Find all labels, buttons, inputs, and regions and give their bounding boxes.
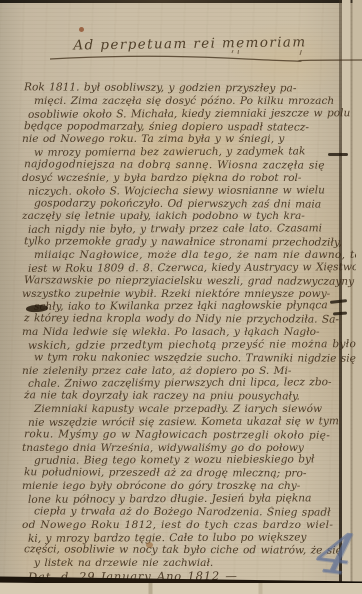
paper-stain-fleck	[79, 27, 84, 32]
manuscript-line: dosyć wcześnie, y była bardzo piękna do …	[22, 172, 356, 185]
manuscript-line: zaczęły się letnie upały, iakich podobno…	[22, 210, 356, 223]
manuscript-line: gospodarzy pokończyło. Od pierwszych zaś…	[22, 197, 356, 211]
manuscript-body: Rok 1811. był osobliwszy, y godzien przy…	[22, 82, 356, 583]
manuscript-line: niczych. około S. Wojciecha siewy wiosni…	[22, 184, 356, 199]
margin-ink-dash	[328, 153, 348, 156]
manuscript-line: miiaiąc Nagłowice, może dla tego, że nam…	[22, 249, 356, 262]
manuscript-line: od Nowego Roku 1812, iest do tych czas b…	[22, 519, 356, 532]
title-underline-flourish	[0, 50, 362, 72]
manuscript-line: Ziemniaki kapusty wcale przepadły. Z iar…	[22, 403, 356, 416]
manuscript-line: ma Nida ledwie się wlekła. Po lasach, y …	[22, 326, 356, 339]
manuscript-line: w tym roku nakoniec wszędzie sucho. Traw…	[22, 351, 356, 365]
manuscript-line: tylko przemokłe grady y nawałnice strona…	[22, 235, 356, 249]
manuscript-line: części, osobliwie w nocy tak było ciche …	[22, 544, 356, 558]
top-page-edge-shadow	[0, 0, 362, 3]
manuscript-line: mienie iego były obrócone do góry troszk…	[22, 480, 356, 493]
manuscript-line: Rok 1811. był osobliwszy, y godzien przy…	[22, 82, 356, 96]
manuscript-line: nie wszędzie wrócił się zasiew. Kometa u…	[22, 415, 356, 430]
manuscript-line: z którey iedna kropla wody do Nidy nie p…	[22, 312, 356, 326]
manuscript-line: najdogodniejsza na dobrą sannę. Wiosna z…	[22, 158, 356, 172]
manuscript-line: roku. Myśmy go w Nagłowicach postrzegli …	[22, 428, 356, 442]
manuscript-line: osobliwie około S. Michała, kiedy ziemni…	[22, 107, 356, 122]
manuscript-line: iest w Roku 1809 d. 8. Czerwca, kiedy Au…	[22, 261, 356, 276]
manuscript-line: ku południowi, przeszedł aż za drogę mle…	[22, 467, 356, 481]
underlying-page-strip	[0, 583, 362, 594]
paper-stain-fleck	[146, 542, 153, 548]
manuscript-line: będące popodmarzały, śnieg dopiero uspad…	[22, 120, 356, 134]
manuscript-line: Warszawskie po nieprzyiacielsku weszli, …	[22, 274, 356, 288]
manuscript-scan: Ad perpetuam rei memoriam Rok 1811. był …	[0, 0, 362, 594]
manuscript-line: nie od Nowego roku. Ta zima była y w śni…	[22, 133, 356, 146]
manuscript-line: mięci. Zima zaczęła się dosyć późno. Po …	[22, 95, 356, 108]
manuscript-line: ciepła y trwała aż do Bożego Narodzenia.…	[22, 505, 356, 519]
manuscript-line: wskich, gdzie przedtym piechotą przeyść …	[22, 338, 356, 353]
manuscript-line: ża nie tak doyrzały iak raczey na pniu p…	[22, 390, 356, 404]
